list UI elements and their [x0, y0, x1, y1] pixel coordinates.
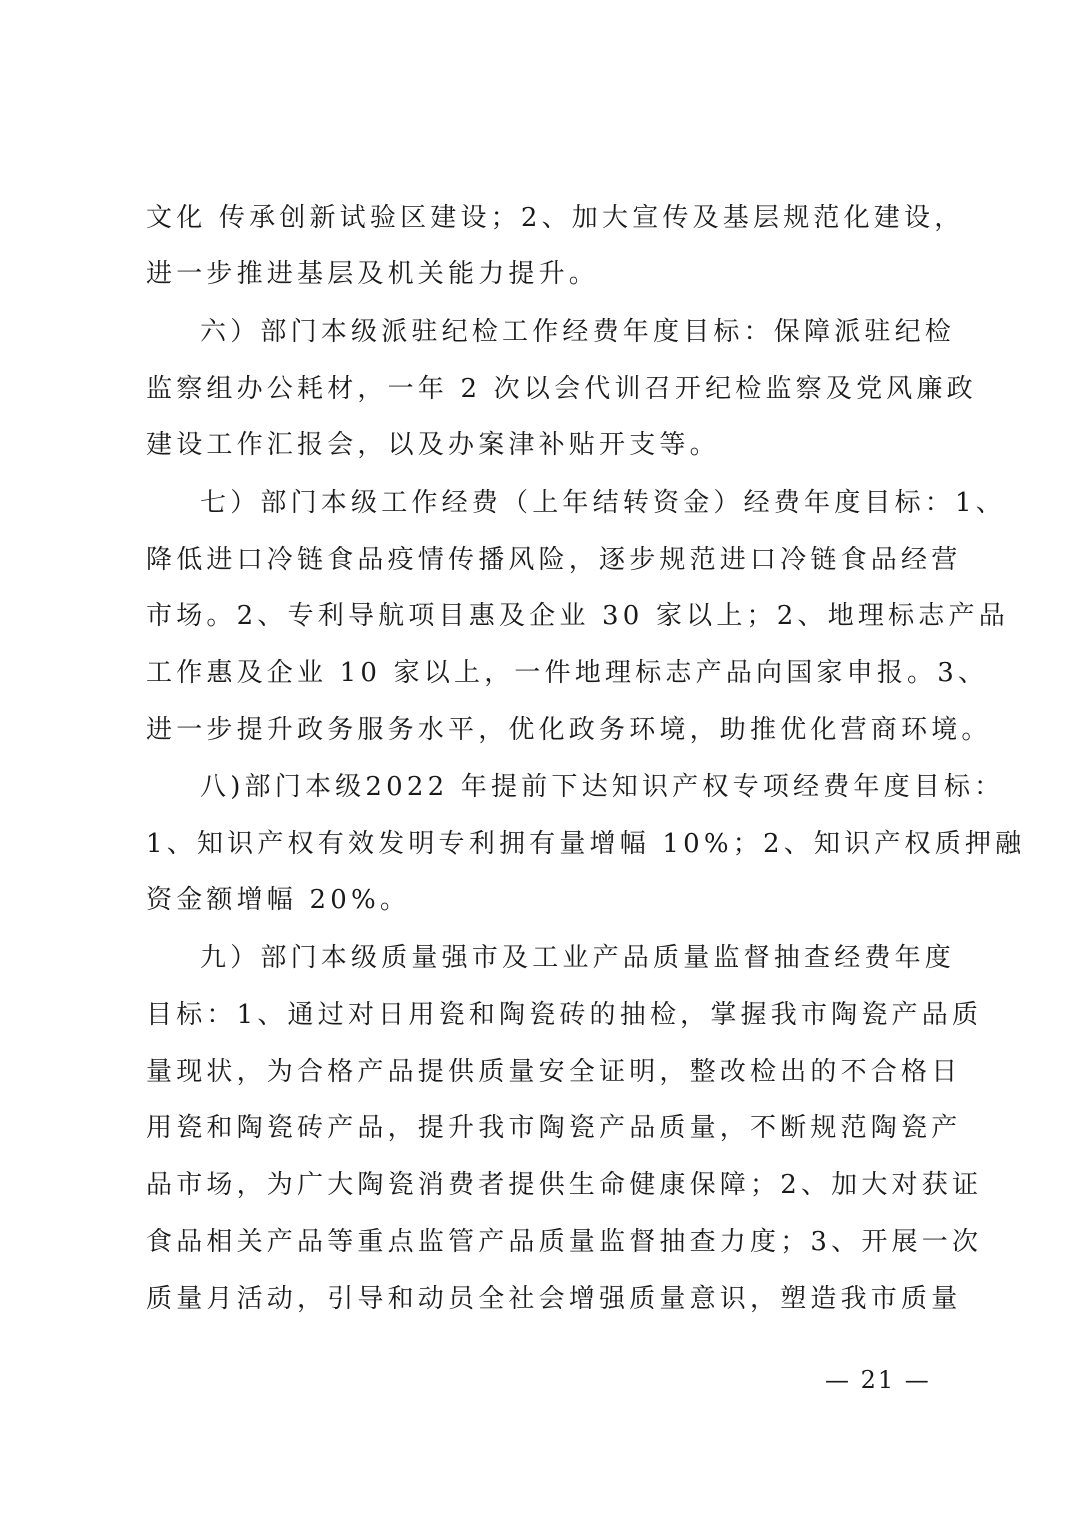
body-text-line: 建设工作汇报会，以及办案津补贴开支等。	[146, 430, 936, 460]
body-text-line: 用瓷和陶瓷砖产品，提升我市陶瓷产品质量，不断规范陶瓷产	[146, 1113, 936, 1143]
body-text-line: 食品相关产品等重点监管产品质量监督抽查力度；3、开展一次	[146, 1227, 936, 1257]
body-text-line: 监察组办公耗材，一年 2 次以会代训召开纪检监察及党风廉政	[146, 374, 936, 404]
section-heading-line: 六）部门本级派驻纪检工作经费年度目标：保障派驻纪检	[200, 317, 936, 347]
document-page: 文化 传承创新试验区建设；2、加大宣传及基层规范化建设， 进一步推进基层及机关能…	[0, 0, 1074, 1520]
body-text-line: 进一步推进基层及机关能力提升。	[146, 259, 936, 289]
body-text-line: 1、知识产权有效发明专利拥有量增幅 10%；2、知识产权质押融	[146, 829, 936, 859]
section-heading-line: 九）部门本级质量强市及工业产品质量监督抽查经费年度	[200, 943, 936, 973]
body-text-line: 目标：1、通过对日用瓷和陶瓷砖的抽检，掌握我市陶瓷产品质	[146, 1000, 936, 1030]
body-text-line: 进一步提升政务服务水平，优化政务环境，助推优化营商环境。	[146, 715, 936, 745]
page-number: — 21 —	[825, 1365, 931, 1395]
body-text-line: 品市场，为广大陶瓷消费者提供生命健康保障；2、加大对获证	[146, 1170, 936, 1200]
section-heading-line: 七）部门本级工作经费（上年结转资金）经费年度目标：1、	[200, 488, 936, 518]
body-text-line: 市场。2、专利导航项目惠及企业 30 家以上；2、地理标志产品	[146, 601, 936, 631]
body-text-line: 文化 传承创新试验区建设；2、加大宣传及基层规范化建设，	[146, 203, 936, 233]
body-text-line: 质量月活动，引导和动员全社会增强质量意识，塑造我市质量	[146, 1284, 936, 1314]
body-text-line: 工作惠及企业 10 家以上，一件地理标志产品向国家申报。3、	[146, 658, 936, 688]
section-heading-line: 八)部门本级2022 年提前下达知识产权专项经费年度目标：	[200, 772, 936, 802]
body-text-line: 资金额增幅 20%。	[146, 885, 936, 915]
body-text-line: 量现状，为合格产品提供质量安全证明，整改检出的不合格日	[146, 1057, 936, 1087]
body-text-line: 降低进口冷链食品疫情传播风险，逐步规范进口冷链食品经营	[146, 545, 936, 575]
